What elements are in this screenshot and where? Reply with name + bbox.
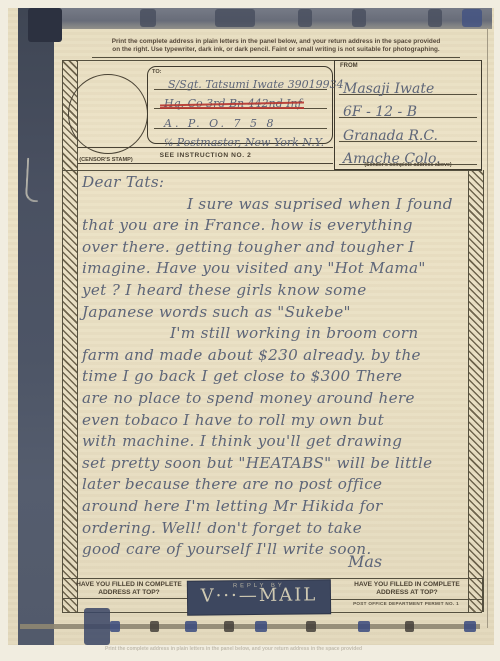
to-address-panel: TO: S/Sgt. Tatsumi Iwate 39019934Hq. Co … <box>147 66 333 144</box>
letter-line: with machine. I think you'll get drawing <box>82 431 468 453</box>
footer-rule-mid-left <box>62 598 188 599</box>
letter-line: Japanese words such as "Sukebe" <box>82 302 468 324</box>
film-blotch-corner <box>28 8 62 42</box>
left-hatched-border <box>62 60 78 612</box>
footer-question-line1: HAVE YOU FILLED IN COMPLETE <box>338 581 476 589</box>
film-scratch-mark <box>25 158 40 203</box>
signature: Mas <box>348 552 382 571</box>
right-hatched-border <box>468 170 484 612</box>
film-strip-top <box>30 8 492 29</box>
film-frame-line-right <box>487 28 488 628</box>
form-instruction-text: Print the complete address in plain lett… <box>92 38 460 58</box>
letter-line: are no place to spend money around here <box>82 388 468 410</box>
film-dot <box>255 621 267 632</box>
to-address-rows: S/Sgt. Tatsumi Iwate 39019934Hq. Co 3rd … <box>154 70 327 148</box>
letter-line: I sure was suprised when I found <box>82 194 468 216</box>
letter-line: Dear Tats: <box>82 172 468 194</box>
film-dot <box>464 621 476 632</box>
film-smudge <box>352 9 366 27</box>
film-dot <box>110 621 120 632</box>
film-dot <box>150 621 159 632</box>
letter-line: set pretty soon but "HEATABS" will be li… <box>82 453 468 475</box>
film-strip-left <box>18 8 54 645</box>
film-dot <box>185 621 197 632</box>
from-address-line: Masaji Iwate <box>339 71 477 95</box>
letter-line: ordering. Well! don't forget to take <box>82 518 468 540</box>
vmail-letter-scan: Print the complete address in plain lett… <box>0 0 500 661</box>
letter-line: time I go back I get close to $300 There <box>82 366 468 388</box>
footer-rule-top <box>62 578 482 579</box>
letter-line: over there. getting tougher and tougher … <box>82 237 468 259</box>
to-address-line: ℅ Postmaster, New York N.Y. <box>154 129 327 149</box>
footer-question-line2: ADDRESS AT TOP? <box>338 589 476 597</box>
footer-question-line1: HAVE YOU FILLED IN COMPLETE <box>64 581 194 589</box>
from-address-line: Granada R.C. <box>339 118 477 142</box>
to-address-line: Hq. Co 3rd Bn 442nd Inf <box>154 90 327 110</box>
film-dot <box>358 621 370 632</box>
footer-question-line2: ADDRESS AT TOP? <box>64 589 194 597</box>
film-smudge <box>462 9 482 27</box>
film-dot <box>405 621 414 632</box>
film-dot <box>224 621 234 632</box>
letter-line: around here I'm letting Mr Hikida for <box>82 496 468 518</box>
from-label: FROM <box>340 63 358 69</box>
film-smudge <box>428 9 442 27</box>
footer-question-left: HAVE YOU FILLED IN COMPLETE ADDRESS AT T… <box>64 581 194 597</box>
from-address-panel: FROM Masaji Iwate6F - 12 - BGranada R.C.… <box>334 60 482 170</box>
film-smudge <box>215 9 255 27</box>
censor-stamp-circle <box>68 74 148 154</box>
see-instruction-bar: SEE INSTRUCTION NO. 2 <box>78 147 333 164</box>
to-address-line: A. P. O. 7 5 8 <box>154 109 327 129</box>
sender-note: (Sender's complete address above) <box>335 162 481 168</box>
letter-line: that you are in France. how is everythin… <box>82 215 468 237</box>
film-smudge <box>298 9 312 27</box>
from-address-rows: Masaji Iwate6F - 12 - BGranada R.C.Amach… <box>339 71 477 165</box>
footer-rule-right-edge <box>482 578 483 612</box>
letter-line: I'm still working in broom corn <box>82 323 468 345</box>
letter-line: good care of yourself I'll write soon. <box>82 539 468 561</box>
vmail-logo-box: REPLY BY V···—MAIL <box>188 580 330 614</box>
footer-question-right: HAVE YOU FILLED IN COMPLETE ADDRESS AT T… <box>338 581 476 597</box>
film-blotch-bottom-left <box>84 608 110 645</box>
from-address-line: 6F - 12 - B <box>339 95 477 119</box>
letter-line: later because there are no post office <box>82 474 468 496</box>
vmail-logo: V···—MAIL <box>188 588 330 603</box>
header-rule-bottom <box>62 170 482 171</box>
letter-line: even tobaco I have to roll my own but <box>82 410 468 432</box>
form-instruction-line1: Print the complete address in plain lett… <box>92 38 460 46</box>
letter-line: farm and made about $230 already. by the <box>82 345 468 367</box>
letter-line: yet ? I heard these girls know some <box>82 280 468 302</box>
footer-rule-mid-right <box>330 599 482 600</box>
next-frame-ghost-text: Print the complete address in plain lett… <box>105 646 395 655</box>
film-smudge <box>140 9 156 27</box>
footer-rule-left-edge <box>62 578 63 612</box>
permit-note: POST OFFICE DEPARTMENT PERMIT NO. 1 <box>336 601 476 606</box>
letter-body: Dear Tats:I sure was suprised when I fou… <box>82 172 468 561</box>
form-instruction-line2: on the right. Use typewriter, dark ink, … <box>92 46 460 54</box>
film-dot <box>306 621 316 632</box>
to-address-line: S/Sgt. Tatsumi Iwate 39019934 <box>154 70 327 90</box>
letter-line: imagine. Have you visited any "Hot Mama" <box>82 258 468 280</box>
